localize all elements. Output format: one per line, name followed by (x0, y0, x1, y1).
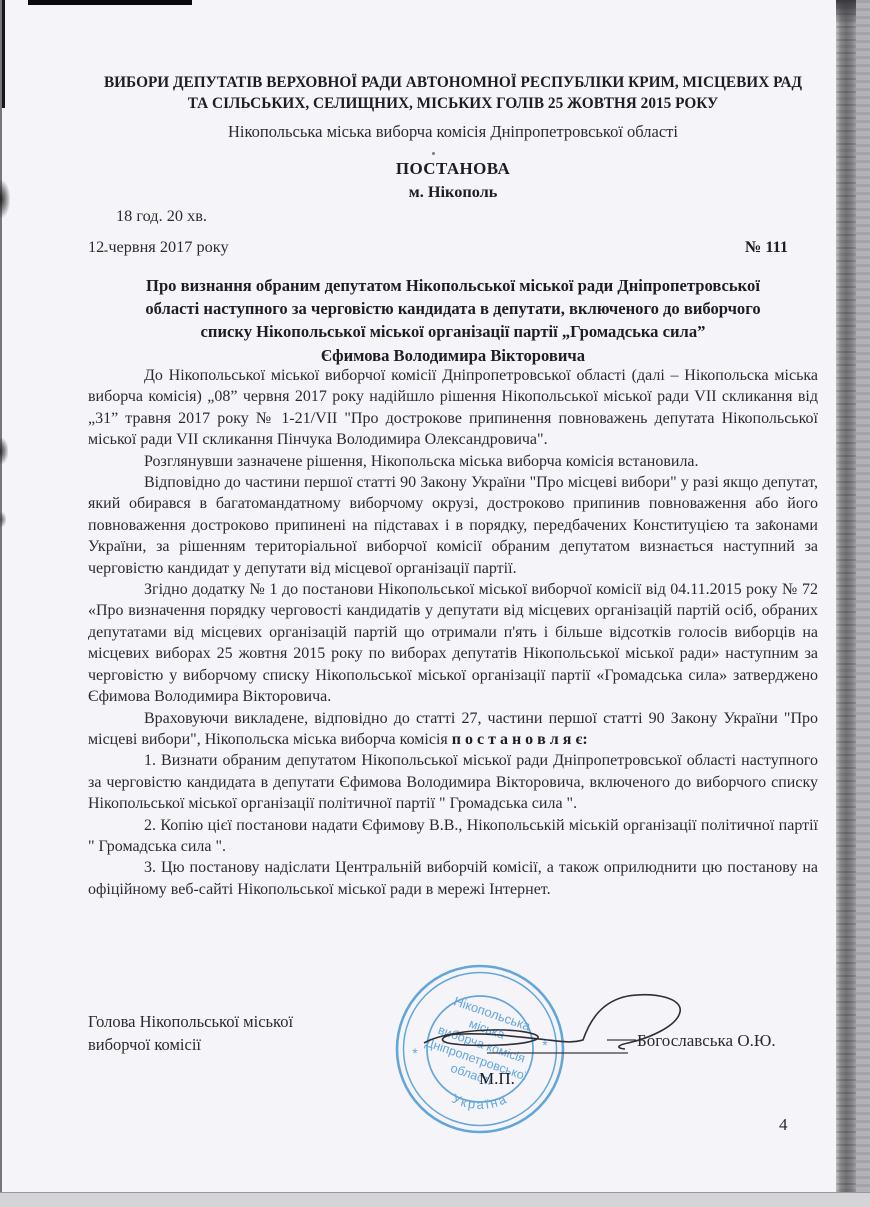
resolution-item: 3. Цю постанову надіслати Центральній ви… (88, 857, 818, 900)
commission-name: Нікопольська міська виборча комісія Дніп… (88, 122, 818, 142)
scan-smudge (0, 512, 6, 527)
decree-paragraph: Враховуючи викладене, відповідно до стат… (88, 708, 818, 751)
scan-binding-band (836, 0, 856, 1192)
scanned-document-page: ВИБОРИ ДЕПУТАТІВ ВЕРХОВНОЇ РАДИ АВТОНОМН… (0, 0, 870, 1207)
date-number-row: 12 червня 2017 року № 111 (88, 237, 818, 257)
election-header: ВИБОРИ ДЕПУТАТІВ ВЕРХОВНОЇ РАДИ АВТОНОМН… (88, 73, 818, 114)
resolution-body: До Нікопольської міської виборчої комісі… (88, 365, 818, 900)
document-city: м. Нікополь (88, 182, 818, 202)
document-time: 18 год. 20 хв. (88, 206, 846, 226)
body-paragraph: До Нікопольської міської виборчої комісі… (88, 365, 818, 451)
resolution-title-line: списку Нікопольської міської організації… (88, 320, 818, 343)
resolution-title-line: області наступного за черговістю кандида… (88, 297, 818, 320)
scan-edge-bottom (0, 1192, 870, 1207)
stamp-country-arc: Україна (450, 1091, 510, 1112)
handwritten-signature (410, 980, 810, 1070)
scan-smudge (0, 180, 10, 218)
resolution-title-line: Єфимова Володимира Вікторовича (88, 344, 818, 367)
election-header-line2: ТА СІЛЬСЬКИХ, СЕЛИЩНИХ, МІСЬКИХ ГОЛІВ 25… (88, 94, 818, 115)
resolution-item: 2. Копію цієї постанови надати Єфимову В… (88, 815, 818, 858)
body-paragraph: Розглянувши зазначене рішення, Нікопольс… (88, 451, 818, 472)
scan-edge-left-line (0, 0, 2, 1192)
document-date: 12 червня 2017 року (88, 237, 229, 257)
signatory-position-line2: виборчої комісії (88, 1033, 348, 1056)
scan-smudge (0, 438, 8, 464)
decree-word: п о с т а н о в л я є: (452, 731, 588, 748)
signatory-position: Голова Нікопольської міської виборчої ко… (88, 1010, 348, 1056)
body-paragraph: Відповідно до частини першої статті 90 З… (88, 472, 818, 579)
body-paragraph: Згідно додатку № 1 до постанови Нікополь… (88, 579, 818, 707)
signatory-name: Богославська О.Ю. (637, 1031, 776, 1051)
seal-place-abbr: М.П. (479, 1069, 515, 1089)
scan-speck (432, 152, 435, 155)
resolution-title: Про визнання обраним депутатом Нікопольс… (88, 274, 818, 367)
resolution-item: 1. Визнати обраним депутатом Нікопольськ… (88, 750, 818, 814)
resolution-title-line: Про визнання обраним депутатом Нікопольс… (88, 274, 818, 297)
election-header-line1: ВИБОРИ ДЕПУТАТІВ ВЕРХОВНОЇ РАДИ АВТОНОМН… (88, 73, 818, 94)
document-number: № 111 (745, 237, 818, 257)
page-number: 4 (779, 1115, 788, 1135)
scan-edge-top (28, 0, 192, 5)
document-type: ПОСТАНОВА (88, 159, 818, 179)
scan-binding-band-right (856, 0, 870, 1192)
signatory-position-line1: Голова Нікопольської міської (88, 1010, 348, 1033)
